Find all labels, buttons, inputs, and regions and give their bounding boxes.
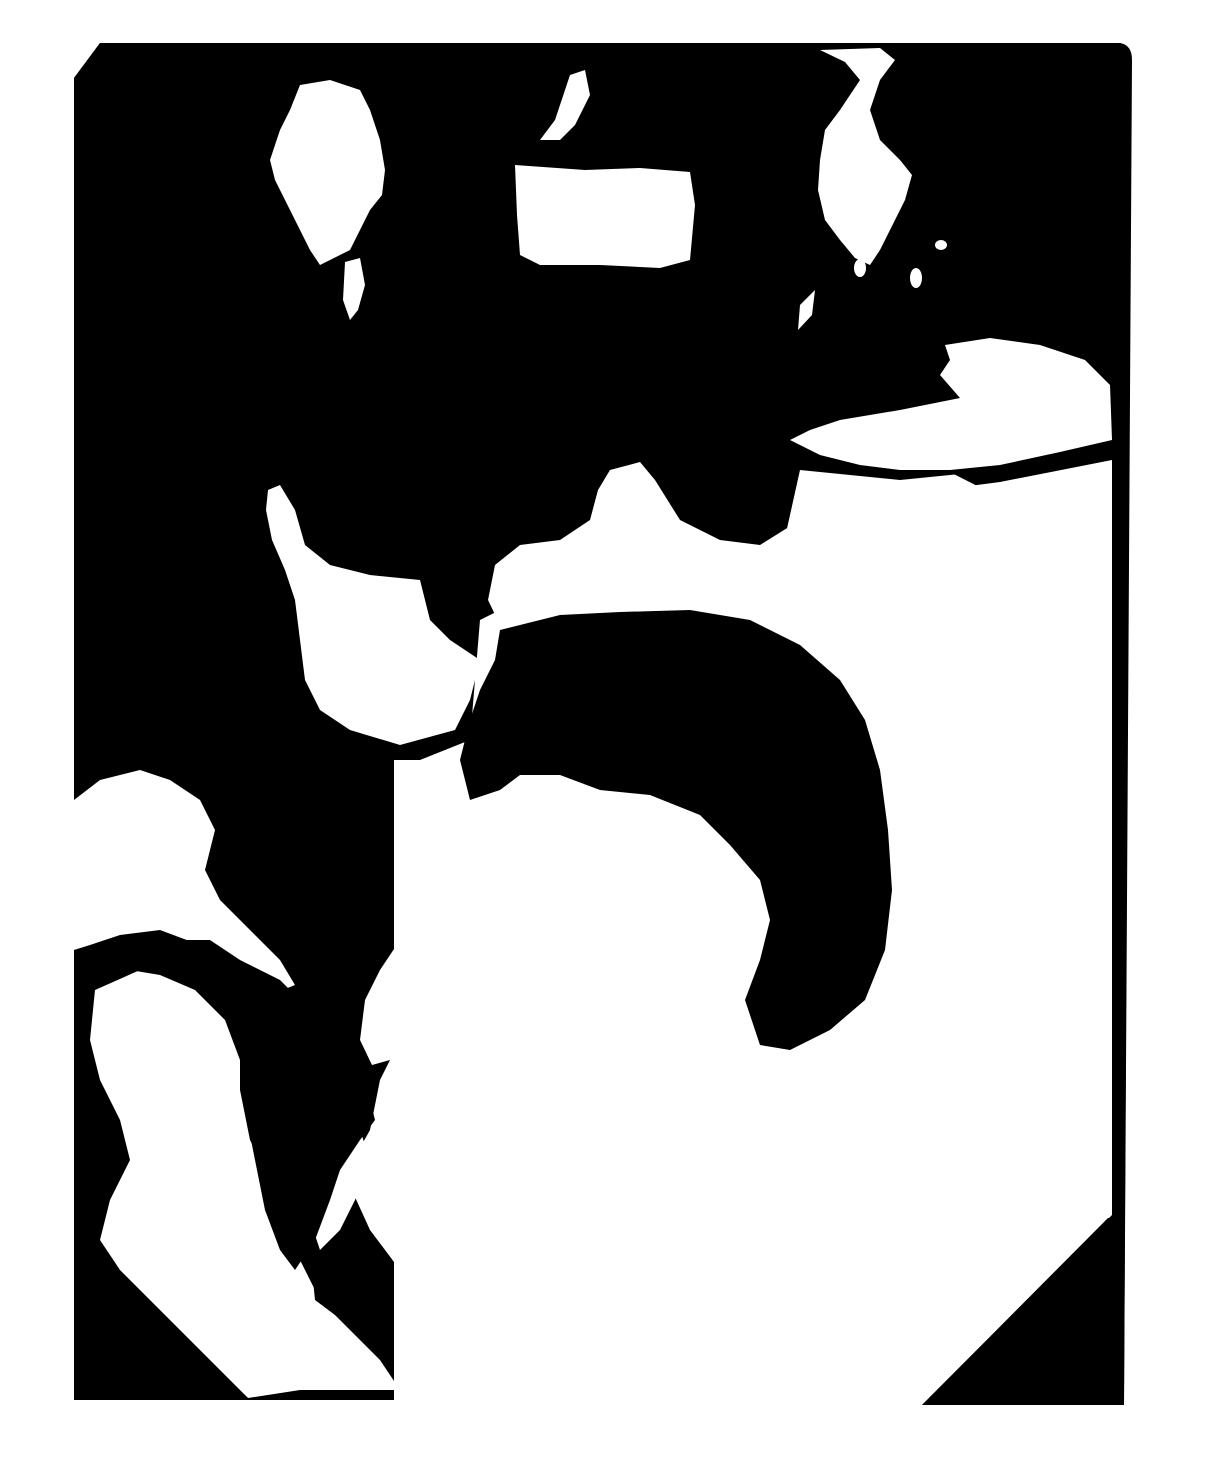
photo-right-edge — [1112, 430, 1124, 1405]
satellite-photo — [0, 0, 1232, 1467]
